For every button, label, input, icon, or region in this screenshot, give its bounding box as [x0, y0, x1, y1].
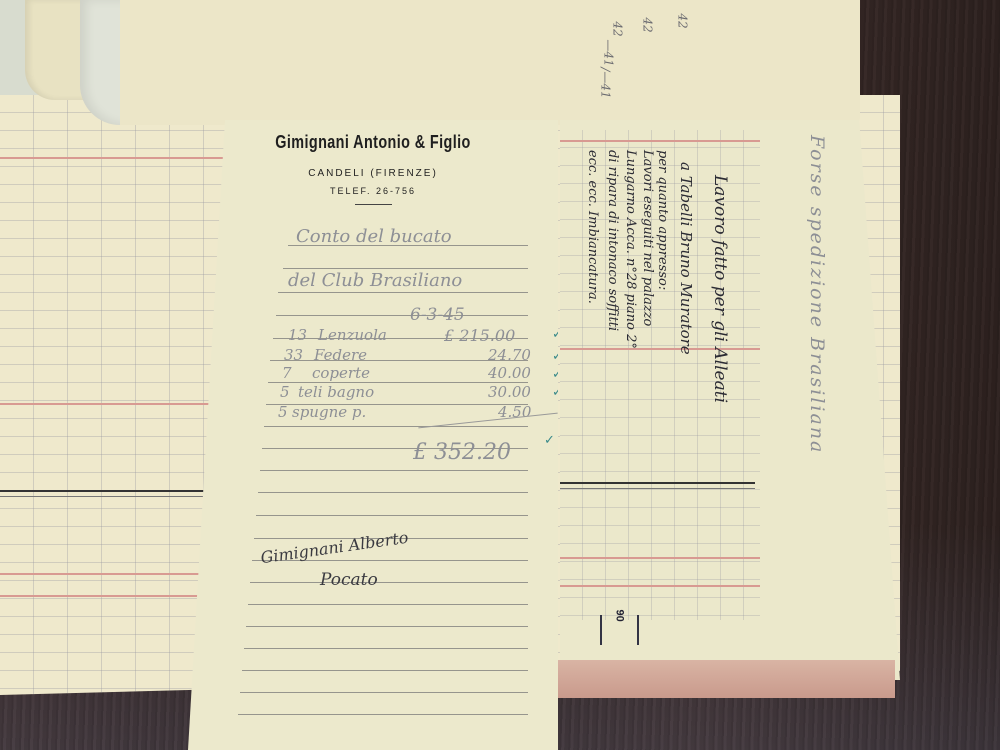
- item-qty: 5: [278, 403, 288, 421]
- ledger-red-rule: [560, 585, 760, 587]
- margin-note: 42: [676, 13, 690, 28]
- item-qty: 13: [288, 326, 307, 344]
- margin-note: 42: [641, 17, 655, 32]
- ledger-tab-number: 90: [614, 610, 626, 645]
- ledger-red-rule: [0, 157, 230, 159]
- item-description: Lenzuola: [318, 326, 387, 344]
- receipt-title: Conto del bucato: [296, 226, 452, 247]
- note-line: di ripara di intonaco soffitti: [605, 150, 620, 331]
- receipt-subtitle: del Club Brasiliano: [288, 270, 462, 291]
- item-description: coperte: [312, 364, 370, 382]
- item-description: spugne p.: [292, 403, 366, 421]
- margin-note: /—41: [599, 67, 613, 98]
- item-amount: £ 215.00: [444, 326, 515, 345]
- note-line: Lavoro fatto per gli Alleati: [710, 175, 730, 403]
- item-qty: 33: [284, 346, 303, 364]
- ledger-red-rule: [0, 403, 230, 405]
- margin-note: 42: [611, 21, 625, 36]
- ledger-double-rule: [0, 490, 220, 497]
- ledger-red-rule: [0, 573, 210, 575]
- ledger-red-rule: [560, 348, 760, 350]
- note-line: per quanto appresso:: [655, 150, 670, 290]
- item-description: Federe: [314, 346, 367, 364]
- signature: Gimignani Alberto: [259, 528, 409, 568]
- company-name: Gimignani Antonio & Figlio: [225, 132, 521, 153]
- receipt-date: 6-3-45: [410, 305, 465, 325]
- margin-note: —41: [602, 39, 616, 66]
- company-city: CANDELI (FIRENZE): [188, 168, 558, 179]
- note-line: Lungarno Acca. n°28 piano 2°: [623, 150, 638, 349]
- item-amount: 40.00: [488, 364, 531, 382]
- ledger-page-edges: [555, 660, 895, 698]
- item-qty: 7: [282, 364, 292, 382]
- margin-annotation: Forse spedizione Brasiliana: [806, 135, 828, 454]
- ledger-red-rule: [560, 140, 760, 142]
- check-mark-icon: ✓: [544, 432, 555, 448]
- letterhead-divider: [355, 204, 392, 205]
- ledger-number-tab: 90: [600, 615, 639, 645]
- company-phone: TELEF. 26-756: [188, 186, 558, 196]
- right-note-sheet: Lavoro fatto per gli Alleati a Tabelli B…: [560, 120, 900, 680]
- signature-receipt-mark: Pocato: [320, 570, 378, 590]
- item-description: teli bagno: [298, 383, 374, 401]
- ledger-red-rule: [0, 595, 210, 597]
- item-amount: 24.70: [488, 346, 531, 364]
- ledger-red-rule: [560, 557, 760, 559]
- note-line: a Tabelli Bruno Muratore: [677, 162, 695, 355]
- note-line: Lavori eseguiti nel palazzo: [640, 150, 655, 326]
- receipt-total: £ 352.20: [413, 440, 511, 465]
- laundry-receipt: Gimignani Antonio & Figlio CANDELI (FIRE…: [188, 120, 558, 750]
- top-page: 42 42 42 —41 /—41: [120, 0, 860, 125]
- item-amount: 30.00: [488, 383, 531, 401]
- item-qty: 5: [280, 383, 290, 401]
- note-line: ecc. ecc. Imbiancatura.: [585, 150, 600, 304]
- ledger-double-rule: [560, 482, 755, 489]
